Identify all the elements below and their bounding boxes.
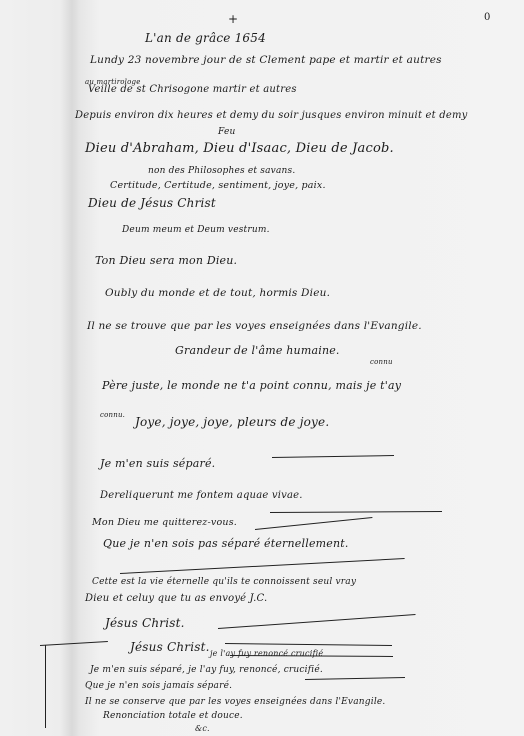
handwritten-line: Renonciation totale et douce. <box>103 711 243 721</box>
handwritten-line: Oubly du monde et de tout, hormis Dieu. <box>105 287 330 299</box>
corner-mark: 0 <box>484 12 491 23</box>
vertical-stroke <box>45 645 46 728</box>
underline-stroke <box>120 558 405 574</box>
handwritten-line: Que je n'en sois jamais séparé. <box>85 681 232 691</box>
handwritten-line: non des Philosophes et savans. <box>148 166 295 176</box>
handwritten-line: Que je n'en sois pas séparé éternellemen… <box>103 537 349 550</box>
handwritten-line: Il ne se conserve que par les voyes ense… <box>85 697 385 707</box>
underline-stroke <box>225 643 392 646</box>
handwritten-line: L'an de grâce 1654 <box>145 31 266 45</box>
handwritten-line: Dieu de Jésus Christ <box>88 196 216 210</box>
handwritten-line: Il ne se trouve que par les voyes enseig… <box>87 320 422 332</box>
handwritten-line: Dereliquerunt me fontem aquae vivae. <box>100 490 303 501</box>
handwritten-line: Deum meum et Deum vestrum. <box>122 225 270 235</box>
cross-mark: + <box>228 12 238 26</box>
handwritten-line: Jésus Christ. <box>105 616 185 630</box>
handwritten-line: Dieu et celuy que tu as envoyé J.C. <box>85 593 267 604</box>
underline-stroke <box>305 677 405 680</box>
handwritten-line: connu. <box>100 411 125 419</box>
underline-stroke <box>40 641 108 646</box>
underline-stroke <box>272 455 394 458</box>
handwritten-line: Ton Dieu sera mon Dieu. <box>95 254 237 267</box>
handwritten-line: Je m'en suis séparé. <box>100 457 215 470</box>
underline-stroke <box>270 511 442 513</box>
handwritten-line: Depuis environ dix heures et demy du soi… <box>75 110 468 121</box>
handwritten-line: Feu <box>218 127 235 137</box>
underline-stroke <box>218 614 416 629</box>
handwritten-line: Je m'en suis séparé, je l'ay fuy, renonc… <box>90 665 323 675</box>
handwritten-line: Grandeur de l'âme humaine. <box>175 344 340 357</box>
handwritten-line: Lundy 23 novembre jour de st Clement pap… <box>90 54 442 66</box>
handwritten-line: Mon Dieu me quitterez-vous. <box>92 517 237 528</box>
handwritten-line: je l'ay fuy renoncé crucifié <box>210 649 323 658</box>
handwritten-line: Certitude, Certitude, sentiment, joye, p… <box>110 180 326 191</box>
handwritten-line: &c. <box>195 724 210 733</box>
handwritten-line: Dieu d'Abraham, Dieu d'Isaac, Dieu de Ja… <box>85 141 394 156</box>
handwritten-line: connu <box>370 358 393 366</box>
handwritten-line: Jésus Christ. <box>130 640 210 654</box>
handwritten-line: Veille de st Chrisogone martir et autres <box>88 84 297 95</box>
underline-stroke <box>255 517 372 530</box>
handwritten-line: Père juste, le monde ne t'a point connu,… <box>102 379 401 392</box>
manuscript-page: + 0 L'an de grâce 1654Lundy 23 novembre … <box>0 0 524 736</box>
handwritten-line: Joye, joye, joye, pleurs de joye. <box>135 415 329 429</box>
handwritten-line: Cette est la vie éternelle qu'ils te con… <box>92 577 356 587</box>
